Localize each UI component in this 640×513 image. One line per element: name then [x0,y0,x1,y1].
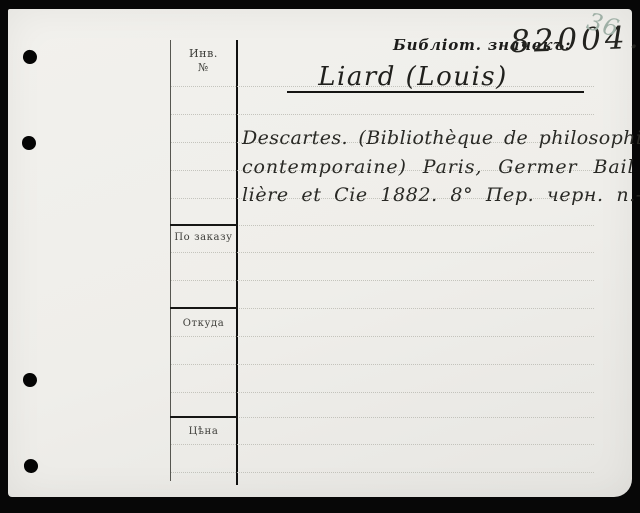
field-label-origin: Откуда [170,318,237,329]
ruled-line [171,472,594,473]
description-line: contemporaine) Paris, Germer Bail [242,156,635,178]
field-label-by-order: По заказу [170,232,237,243]
section-divider [170,224,238,226]
description-line: Descartes. (Bibliothèque de philosophie [242,127,640,149]
punch-hole [23,373,37,387]
ruled-line [171,364,594,365]
section-divider [170,416,238,418]
ruled-line [171,444,594,445]
description-line: lière et Cie 1882. 8° Пер. черн. п.-кал. [242,184,640,206]
table-column-right-border [236,40,238,485]
ruled-line [171,252,594,253]
field-label-inventory-line1: Инв. [170,47,237,61]
library-stamp-number: 82004. [509,20,640,61]
ruled-line [171,114,594,115]
field-label-inventory-line2: № [170,61,237,75]
heading-underline [287,91,584,93]
field-label-price: Цѣна [170,426,237,437]
author-heading: Liard (Louis) [318,62,508,92]
ruled-line [171,280,594,281]
scan-background: Инв. № По заказу Откуда Цѣна Библіот. зн… [0,0,640,513]
catalog-card: Инв. № По заказу Откуда Цѣна Библіот. зн… [8,9,632,497]
section-divider [170,307,238,309]
ruled-line [171,336,594,337]
table-column-left-border [170,40,171,481]
field-label-inventory-number: Инв. № [170,47,237,75]
punch-hole [22,136,36,150]
punch-hole [22,49,39,66]
punch-hole [23,458,39,474]
ruled-line [171,392,594,393]
